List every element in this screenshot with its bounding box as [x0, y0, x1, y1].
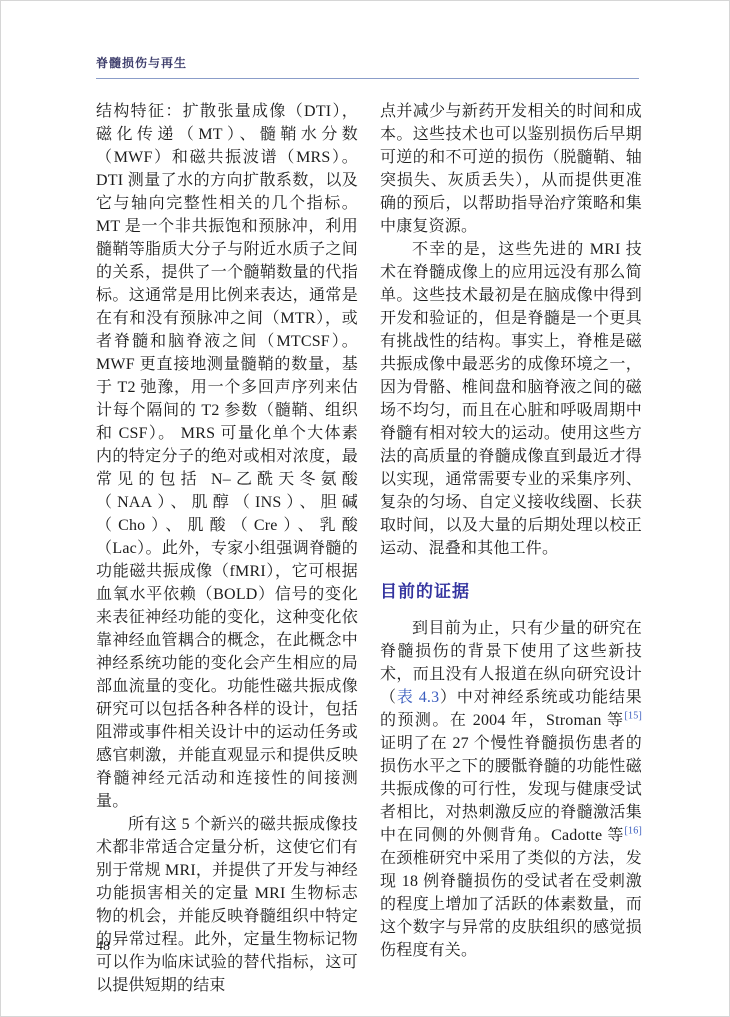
running-head-title: 脊髓损伤与再生 [96, 54, 187, 71]
right-column: 点并减少与新药开发相关的时间和成本。这些技术也可以鉴别损伤后早期可逆的和不可逆的… [380, 100, 642, 997]
text-columns: 结构特征：扩散张量成像（DTI），磁化传递（MT）、髓鞘水分数（MWF）和磁共振… [96, 100, 642, 997]
citation-16-link[interactable]: [16] [625, 826, 642, 837]
paragraph-current-evidence: 到目前为止，只有少量的研究在脊髓损伤的背景下使用了这些新技术，而且没有人报道在纵… [380, 617, 642, 962]
left-column: 结构特征：扩散张量成像（DTI），磁化传递（MT）、髓鞘水分数（MWF）和磁共振… [96, 100, 358, 997]
paragraph-mri-challenges: 不幸的是，这些先进的 MRI 技术在脊髓成像上的应用远没有那么简单。这些技术最初… [380, 238, 642, 560]
page-number: 48 [96, 939, 110, 955]
table-4-3-reference-link[interactable]: 表 4.3 [397, 689, 439, 706]
paragraph-quantitative-mri: 所有这 5 个新兴的磁共振成像技术都非常适合定量分析，这使它们有别于常规 MRI… [96, 813, 358, 997]
evidence-text-4: 在颈椎研究中采用了类似的方法，发现 18 例脊髓损伤的受试者在受刺激的程度上增加… [380, 850, 642, 959]
section-heading-current-evidence: 目前的证据 [380, 577, 642, 602]
citation-15-link[interactable]: [15] [625, 711, 642, 722]
book-page: 脊髓损伤与再生 结构特征：扩散张量成像（DTI），磁化传递（MT）、髓鞘水分数（… [0, 0, 730, 1017]
paragraph-drug-development: 点并减少与新药开发相关的时间和成本。这些技术也可以鉴别损伤后早期可逆的和不可逆的… [380, 100, 642, 238]
header-rule [96, 78, 639, 79]
evidence-text-3: 证明了在 27 个慢性脊髓损伤患者的损伤水平之下的腰骶脊髓的功能性磁共振成像的可… [380, 735, 642, 844]
paragraph-structural-features: 结构特征：扩散张量成像（DTI），磁化传递（MT）、髓鞘水分数（MWF）和磁共振… [96, 100, 358, 813]
